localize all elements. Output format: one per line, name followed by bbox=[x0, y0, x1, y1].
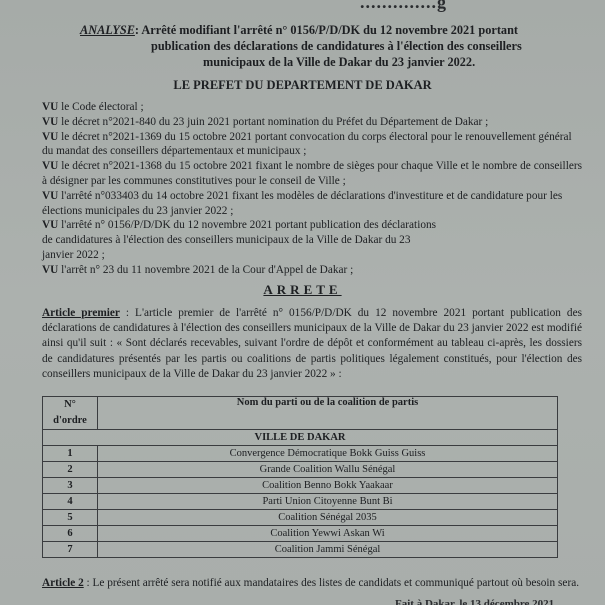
visa-item: VU le décret n°2021-1368 du 15 octobre 2… bbox=[42, 159, 582, 189]
article-premier: Article premier : L'article premier de l… bbox=[42, 306, 582, 382]
document-page: ..............g ANALYSE: Arrêté modifian… bbox=[0, 0, 605, 605]
table-row: 2Grande Coalition Wallu Sénégal bbox=[43, 462, 558, 478]
article-2-text: : Le présent arrêté sera notifié aux man… bbox=[84, 577, 579, 589]
table-row: 5Coalition Sénégal 2035 bbox=[43, 510, 558, 526]
table-row: 7Coalition Jammi Sénégal bbox=[43, 542, 558, 558]
authority-heading: LE PREFET DU DEPARTEMENT DE DAKAR bbox=[0, 78, 605, 93]
article-premier-label: Article premier bbox=[42, 307, 120, 319]
table-row: 3Coalition Benno Bokk Yaakaar bbox=[43, 478, 558, 494]
cut-off-header-text: ..............g bbox=[360, 0, 447, 13]
visa-item: VU le décret n°2021-840 du 23 juin 2021 … bbox=[42, 115, 582, 130]
header-order-number: N°d'ordre bbox=[43, 397, 98, 430]
header-party-name: Nom du parti ou de la coalition de parti… bbox=[98, 397, 558, 430]
visa-item: VU l'arrêté n°033403 du 14 octobre 2021 … bbox=[42, 189, 582, 219]
table-row: 1Convergence Démocratique Bokk Guiss Gui… bbox=[43, 446, 558, 462]
article-2: Article 2 : Le présent arrêté sera notif… bbox=[42, 575, 582, 592]
section-ville-de-dakar: VILLE DE DAKAR bbox=[43, 430, 558, 446]
analyse-label: ANALYSE bbox=[80, 23, 135, 37]
table-section-row: VILLE DE DAKAR bbox=[43, 430, 558, 446]
table-row: 4Parti Union Citoyenne Bunt Bi bbox=[43, 494, 558, 510]
visa-item: VU le décret n°2021-1369 du 15 octobre 2… bbox=[42, 130, 582, 160]
table-row: 6Coalition Yewwi Askan Wi bbox=[43, 526, 558, 542]
article-premier-text: : L'article premier de l'arrêté n° 0156/… bbox=[42, 307, 582, 380]
analyse-block: ANALYSE: Arrêté modifiant l'arrêté n° 01… bbox=[80, 22, 590, 70]
analyse-line-1: : Arrêté modifiant l'arrêté n° 0156/P/D/… bbox=[135, 23, 518, 37]
parties-table: N°d'ordre Nom du parti ou de la coalitio… bbox=[42, 396, 558, 558]
article-2-label: Article 2 bbox=[42, 577, 84, 589]
visa-item: VU le Code électoral ; bbox=[42, 100, 582, 115]
analyse-line-2: publication des déclarations de candidat… bbox=[80, 38, 590, 54]
analyse-line-3: municipaux de la Ville de Dakar du 23 ja… bbox=[80, 54, 590, 70]
visas-list: VU le Code électoral ; VU le décret n°20… bbox=[42, 100, 582, 278]
arrete-heading: ARRETE bbox=[0, 282, 605, 298]
signature-date-line: Fait à Dakar, le 13 décembre 2021 bbox=[395, 598, 554, 605]
visa-item: VU l'arrêté n° 0156/P/D/DK du 12 novembr… bbox=[42, 218, 582, 262]
visa-item: VU l'arrêt n° 23 du 11 novembre 2021 de … bbox=[42, 263, 582, 278]
table-header-row: N°d'ordre Nom du parti ou de la coalitio… bbox=[43, 397, 558, 430]
